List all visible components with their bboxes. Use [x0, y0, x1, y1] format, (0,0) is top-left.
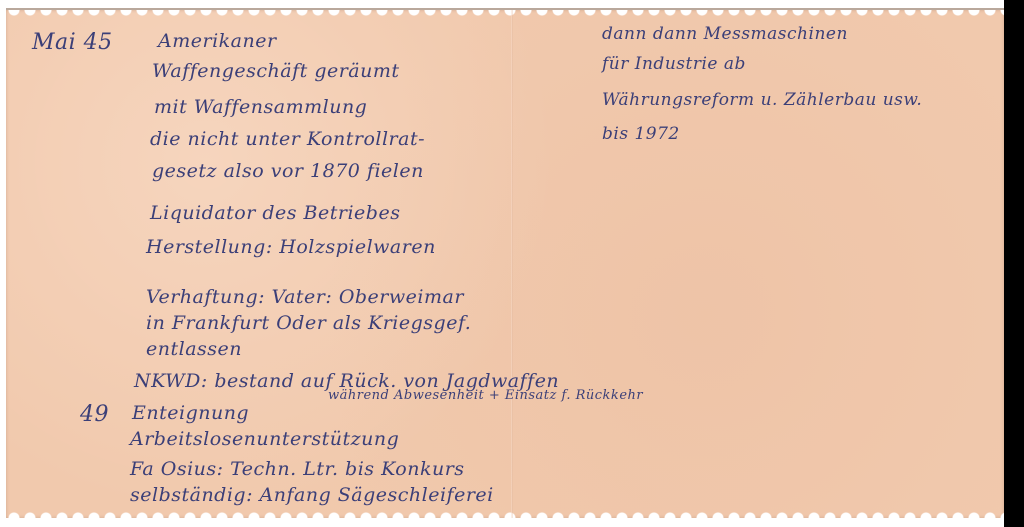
note-line: bis 1972	[602, 124, 680, 144]
note-line: Währungsreform u. Zählerbau usw.	[602, 90, 922, 110]
note-line: dann dann Messmaschinen	[602, 24, 848, 44]
entry-date: Mai 45	[32, 30, 113, 55]
deckled-edge-bottom	[6, 512, 1004, 518]
note-line: gesetz also vor 1870 fielen	[152, 160, 424, 182]
note-line: mit Waffensammlung	[154, 96, 367, 118]
deckled-edge-top	[6, 10, 1004, 16]
paper-sheet: Mai 45 Amerikaner Waffengeschäft geräumt…	[6, 8, 1004, 518]
fold-line	[511, 10, 513, 518]
note-line: Amerikaner	[158, 30, 277, 52]
note-line: Herstellung: Holzspielwaren	[146, 236, 436, 258]
note-line: Fa Osius: Techn. Ltr. bis Konkurs	[130, 458, 465, 480]
note-line: Verhaftung: Vater: Oberweimar	[146, 286, 464, 308]
note-line: Arbeitslosenunterstützung	[130, 428, 399, 450]
note-line: selbständig: Anfang Sägeschleiferei	[130, 484, 494, 506]
note-line: die nicht unter Kontrollrat-	[150, 128, 425, 150]
entry-date: 49	[80, 402, 109, 427]
interlinear-note: während Abwesenheit + Einsatz f. Rückkeh…	[328, 388, 643, 403]
note-line: entlassen	[146, 338, 242, 360]
note-line: Waffengeschäft geräumt	[152, 60, 400, 82]
scan-border	[1004, 0, 1024, 527]
note-line: in Frankfurt Oder als Kriegsgef.	[146, 312, 471, 334]
note-line: Liquidator des Betriebes	[150, 202, 400, 224]
note-line: für Industrie ab	[602, 54, 746, 74]
note-line: Enteignung	[132, 402, 249, 424]
